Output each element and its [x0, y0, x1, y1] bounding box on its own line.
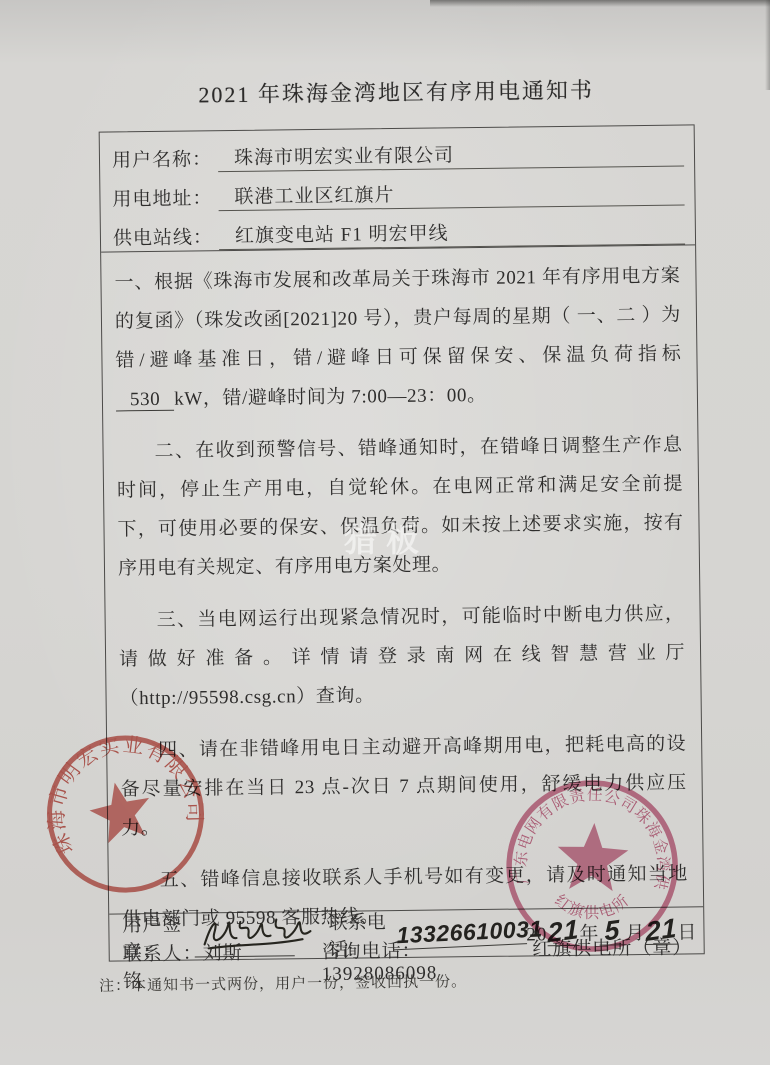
date-group: 20 21 年 5 月 21 日 — [526, 917, 697, 946]
field-label: 用电地址： — [112, 183, 212, 212]
notice-body: 一、根据《珠海市发展和改革局关于珠海市 2021 年有序用电方案的复函》（珠发改… — [101, 245, 703, 914]
field-value: 联港工业区红旗片 — [218, 176, 684, 211]
field-label: 供电站线： — [113, 222, 213, 251]
date-year-handwritten: 21 — [547, 920, 579, 945]
signature-scribble-icon — [198, 909, 317, 956]
date-year-unit: 年 — [579, 918, 599, 945]
date-day-handwritten: 21 — [645, 919, 677, 944]
sign-label: 用户签章： — [122, 909, 201, 964]
field-label: 用户名称： — [112, 144, 212, 173]
date-month-unit: 月 — [625, 918, 645, 945]
sign-phone-label: 联系电话: — [328, 907, 392, 962]
date-day-unit: 日 — [677, 917, 697, 944]
date-month-handwritten: 5 — [599, 920, 625, 945]
paragraph-1-tail: kW，错/避峰时间为 7:00—23：00。 — [174, 385, 487, 410]
notice-table: 用户名称： 珠海市明宏实业有限公司 用电地址： 联港工业区红旗片 供电站线： 红… — [99, 124, 705, 961]
notice-document: 2021 年珠海金湾地区有序用电通知书 用户名称： 珠海市明宏实业有限公司 用电… — [98, 72, 705, 995]
header-fields: 用户名称： 珠海市明宏实业有限公司 用电地址： 联港工业区红旗片 供电站线： 红… — [100, 125, 695, 252]
document-title: 2021 年珠海金湾地区有序用电通知书 — [98, 72, 694, 110]
field-row-supply-line: 供电站线： 红旗变电站 F1 明宏甲线 — [113, 205, 685, 251]
field-value: 珠海市明宏实业有限公司 — [218, 137, 684, 172]
paragraph-2: 二、在收到预警信号、错峰通知时，在错峰日调整生产作息时间，停止生产用电，自觉轮休… — [116, 426, 684, 589]
paragraph-1: 一、根据《珠海市发展和改革局关于珠海市 2021 年有序用电方案的复函》（珠发改… — [114, 257, 682, 420]
handwritten-signature — [194, 915, 295, 957]
paragraph-3: 三、当电网运行出现紧急情况时，可能临时中断电力供应，请做好准备。详情请登录南网在… — [118, 595, 685, 719]
field-value: 红旗变电站 F1 明宏甲线 — [219, 215, 685, 250]
photo-edge-shadow-top — [430, 0, 770, 7]
document-photo: 2021 年珠海金湾地区有序用电通知书 用户名称： 珠海市明宏实业有限公司 用电… — [0, 0, 770, 1065]
load-quota-value: 530 — [116, 389, 175, 412]
field-row-user-name: 用户名称： 珠海市明宏实业有限公司 — [112, 127, 684, 173]
paragraph-4: 四、请在非错峰用电日主动避开高峰期用电，把耗电高的设备尽量安排在当日 23 点-… — [120, 725, 687, 849]
photo-edge-shadow-right — [765, 0, 770, 90]
field-row-address: 用电地址： 联港工业区红旗片 — [112, 166, 684, 212]
paragraph-1-text: 一、根据《珠海市发展和改革局关于珠海市 2021 年有序用电方案的复函》（珠发改… — [114, 266, 681, 372]
